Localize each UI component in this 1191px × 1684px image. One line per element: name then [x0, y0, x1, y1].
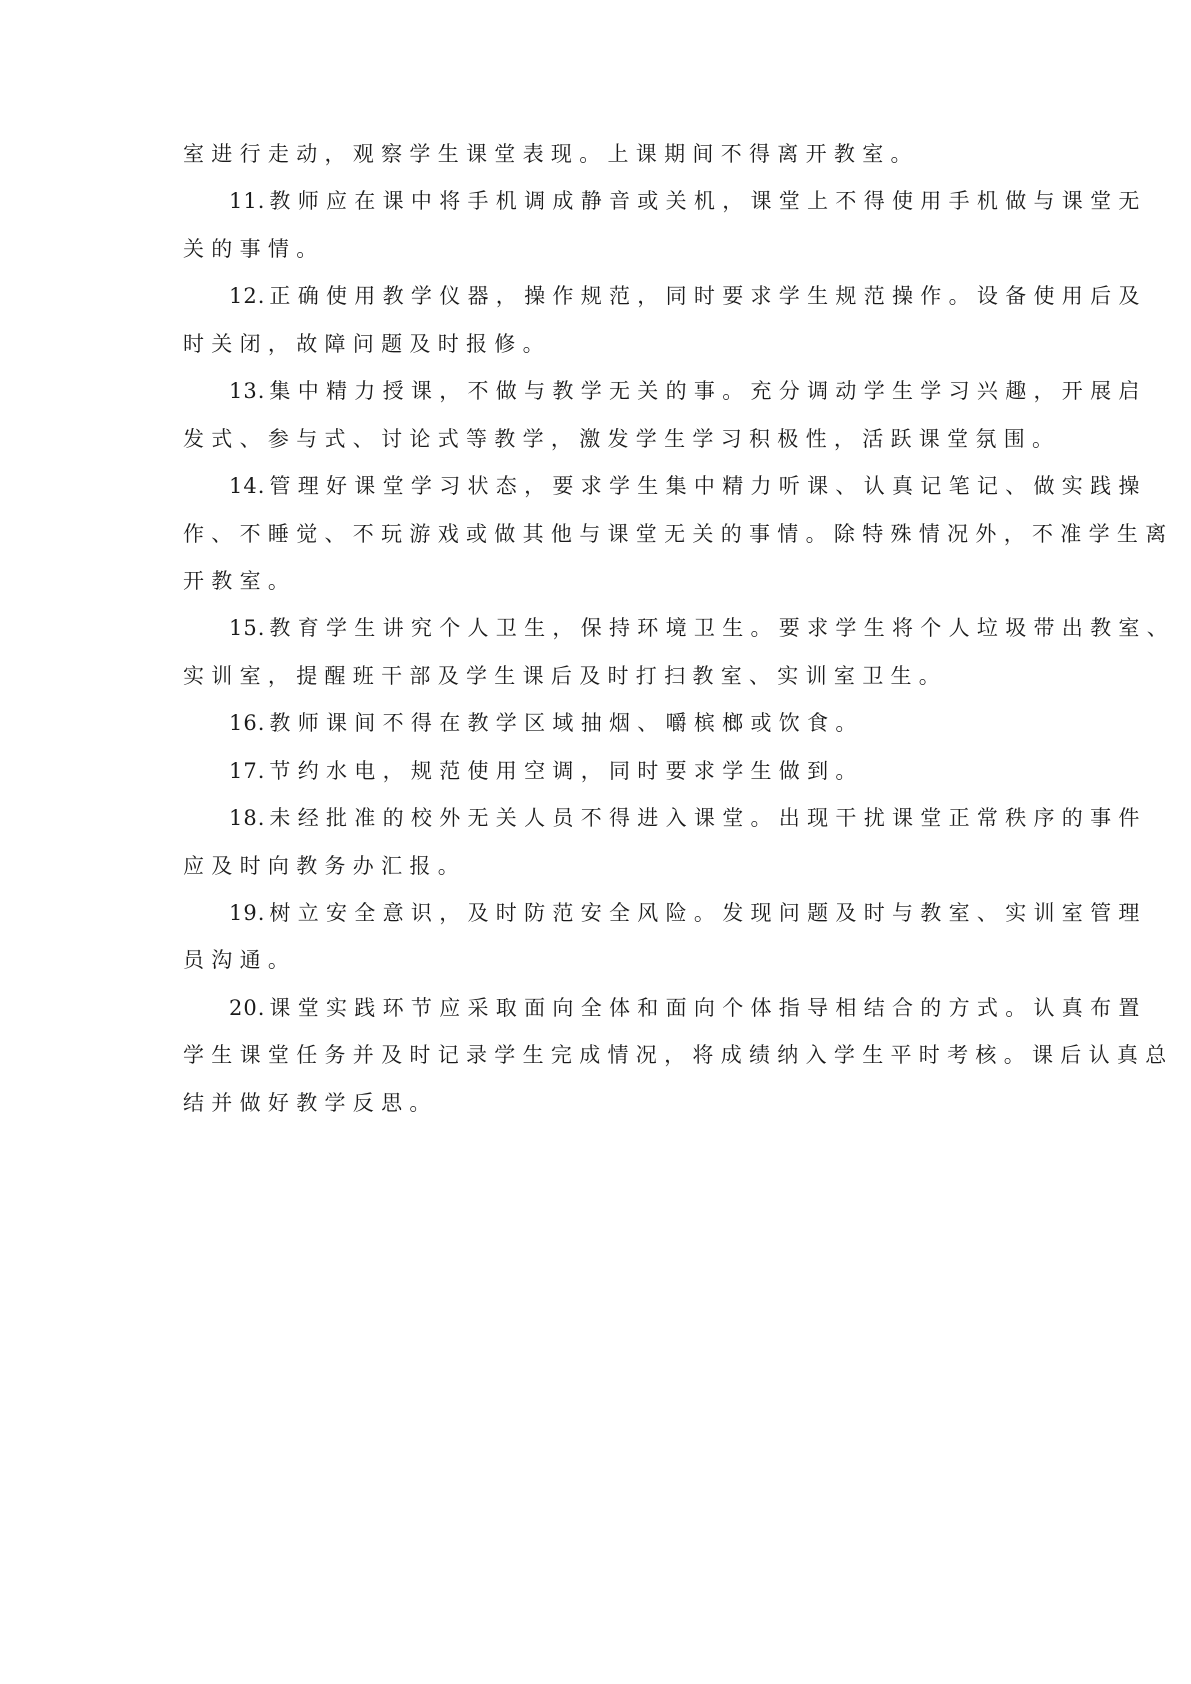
item-number: 13.	[229, 379, 265, 403]
item-text: 节约水电，规范使用空调，同时要求学生做到。	[269, 759, 863, 783]
paragraph-item-15: 15.教育学生讲究个人卫生，保持环境卫生。要求学生将个人垃圾带出教室、 实训室，…	[183, 605, 1023, 700]
document-body: 室进行走动，观察学生课堂表现。上课期间不得离开教室。 11.教师应在课中将手机调…	[183, 131, 1023, 1127]
text-line: 12.正确使用教学仪器，操作规范，同时要求学生规范操作。设备使用后及	[183, 273, 1023, 320]
text-line: 关的事情。	[183, 226, 1023, 273]
text-line: 员沟通。	[183, 937, 1023, 984]
item-text: 树立安全意识，及时防范安全风险。发现问题及时与教室、实训室管理	[269, 901, 1146, 925]
item-number: 15.	[229, 616, 265, 640]
text-line: 发式、参与式、讨论式等教学，激发学生学习积极性，活跃课堂氛围。	[183, 416, 1023, 463]
paragraph-item-18: 18.未经批准的校外无关人员不得进入课堂。出现干扰课堂正常秩序的事件 应及时向教…	[183, 795, 1023, 890]
text-line: 实训室，提醒班干部及学生课后及时打扫教室、实训室卫生。	[183, 653, 1023, 700]
item-text: 教育学生讲究个人卫生，保持环境卫生。要求学生将个人垃圾带出教室、	[269, 616, 1175, 640]
item-number: 14.	[229, 474, 265, 498]
text-line: 15.教育学生讲究个人卫生，保持环境卫生。要求学生将个人垃圾带出教室、	[183, 605, 1023, 652]
item-text: 教师课间不得在教学区域抽烟、嚼槟榔或饮食。	[269, 711, 863, 735]
paragraph-item-11: 11.教师应在课中将手机调成静音或关机，课堂上不得使用手机做与课堂无 关的事情。	[183, 178, 1023, 273]
item-number: 16.	[229, 711, 265, 735]
paragraph-item-20: 20.课堂实践环节应采取面向全体和面向个体指导相结合的方式。认真布置 学生课堂任…	[183, 985, 1023, 1127]
text-line: 19.树立安全意识，及时防范安全风险。发现问题及时与教室、实训室管理	[183, 890, 1023, 937]
text-line: 时关闭，故障问题及时报修。	[183, 321, 1023, 368]
paragraph-continuation: 室进行走动，观察学生课堂表现。上课期间不得离开教室。	[183, 131, 1023, 178]
text-line: 20.课堂实践环节应采取面向全体和面向个体指导相结合的方式。认真布置	[183, 985, 1023, 1032]
text-line: 学生课堂任务并及时记录学生完成情况，将成绩纳入学生平时考核。课后认真总	[183, 1032, 1023, 1079]
text-line: 开教室。	[183, 558, 1023, 605]
item-text: 教师应在课中将手机调成静音或关机，课堂上不得使用手机做与课堂无	[269, 189, 1146, 213]
paragraph-item-13: 13.集中精力授课，不做与教学无关的事。充分调动学生学习兴趣，开展启 发式、参与…	[183, 368, 1023, 463]
item-number: 12.	[229, 284, 265, 308]
text-line: 16.教师课间不得在教学区域抽烟、嚼槟榔或饮食。	[183, 700, 1023, 747]
item-text: 集中精力授课，不做与教学无关的事。充分调动学生学习兴趣，开展启	[269, 379, 1146, 403]
paragraph-item-16: 16.教师课间不得在教学区域抽烟、嚼槟榔或饮食。	[183, 700, 1023, 747]
text-line: 17.节约水电，规范使用空调，同时要求学生做到。	[183, 748, 1023, 795]
text-line: 14.管理好课堂学习状态，要求学生集中精力听课、认真记笔记、做实践操	[183, 463, 1023, 510]
text-line: 11.教师应在课中将手机调成静音或关机，课堂上不得使用手机做与课堂无	[183, 178, 1023, 225]
text-line: 作、不睡觉、不玩游戏或做其他与课堂无关的事情。除特殊情况外，不准学生离	[183, 511, 1023, 558]
text-line: 室进行走动，观察学生课堂表现。上课期间不得离开教室。	[183, 131, 1023, 178]
item-number: 20.	[229, 996, 265, 1020]
item-text: 管理好课堂学习状态，要求学生集中精力听课、认真记笔记、做实践操	[269, 474, 1146, 498]
item-number: 19.	[229, 901, 265, 925]
paragraph-item-14: 14.管理好课堂学习状态，要求学生集中精力听课、认真记笔记、做实践操 作、不睡觉…	[183, 463, 1023, 605]
item-number: 17.	[229, 759, 265, 783]
document-page: 室进行走动，观察学生课堂表现。上课期间不得离开教室。 11.教师应在课中将手机调…	[0, 0, 1191, 1684]
text-line: 13.集中精力授课，不做与教学无关的事。充分调动学生学习兴趣，开展启	[183, 368, 1023, 415]
item-text: 未经批准的校外无关人员不得进入课堂。出现干扰课堂正常秩序的事件	[269, 806, 1146, 830]
item-text: 正确使用教学仪器，操作规范，同时要求学生规范操作。设备使用后及	[269, 284, 1146, 308]
text-line: 应及时向教务办汇报。	[183, 843, 1023, 890]
item-number: 11.	[229, 189, 265, 213]
text-line: 18.未经批准的校外无关人员不得进入课堂。出现干扰课堂正常秩序的事件	[183, 795, 1023, 842]
text-line: 结并做好教学反思。	[183, 1080, 1023, 1127]
paragraph-item-12: 12.正确使用教学仪器，操作规范，同时要求学生规范操作。设备使用后及 时关闭，故…	[183, 273, 1023, 368]
paragraph-item-19: 19.树立安全意识，及时防范安全风险。发现问题及时与教室、实训室管理 员沟通。	[183, 890, 1023, 985]
paragraph-item-17: 17.节约水电，规范使用空调，同时要求学生做到。	[183, 748, 1023, 795]
item-number: 18.	[229, 806, 265, 830]
item-text: 课堂实践环节应采取面向全体和面向个体指导相结合的方式。认真布置	[269, 996, 1146, 1020]
